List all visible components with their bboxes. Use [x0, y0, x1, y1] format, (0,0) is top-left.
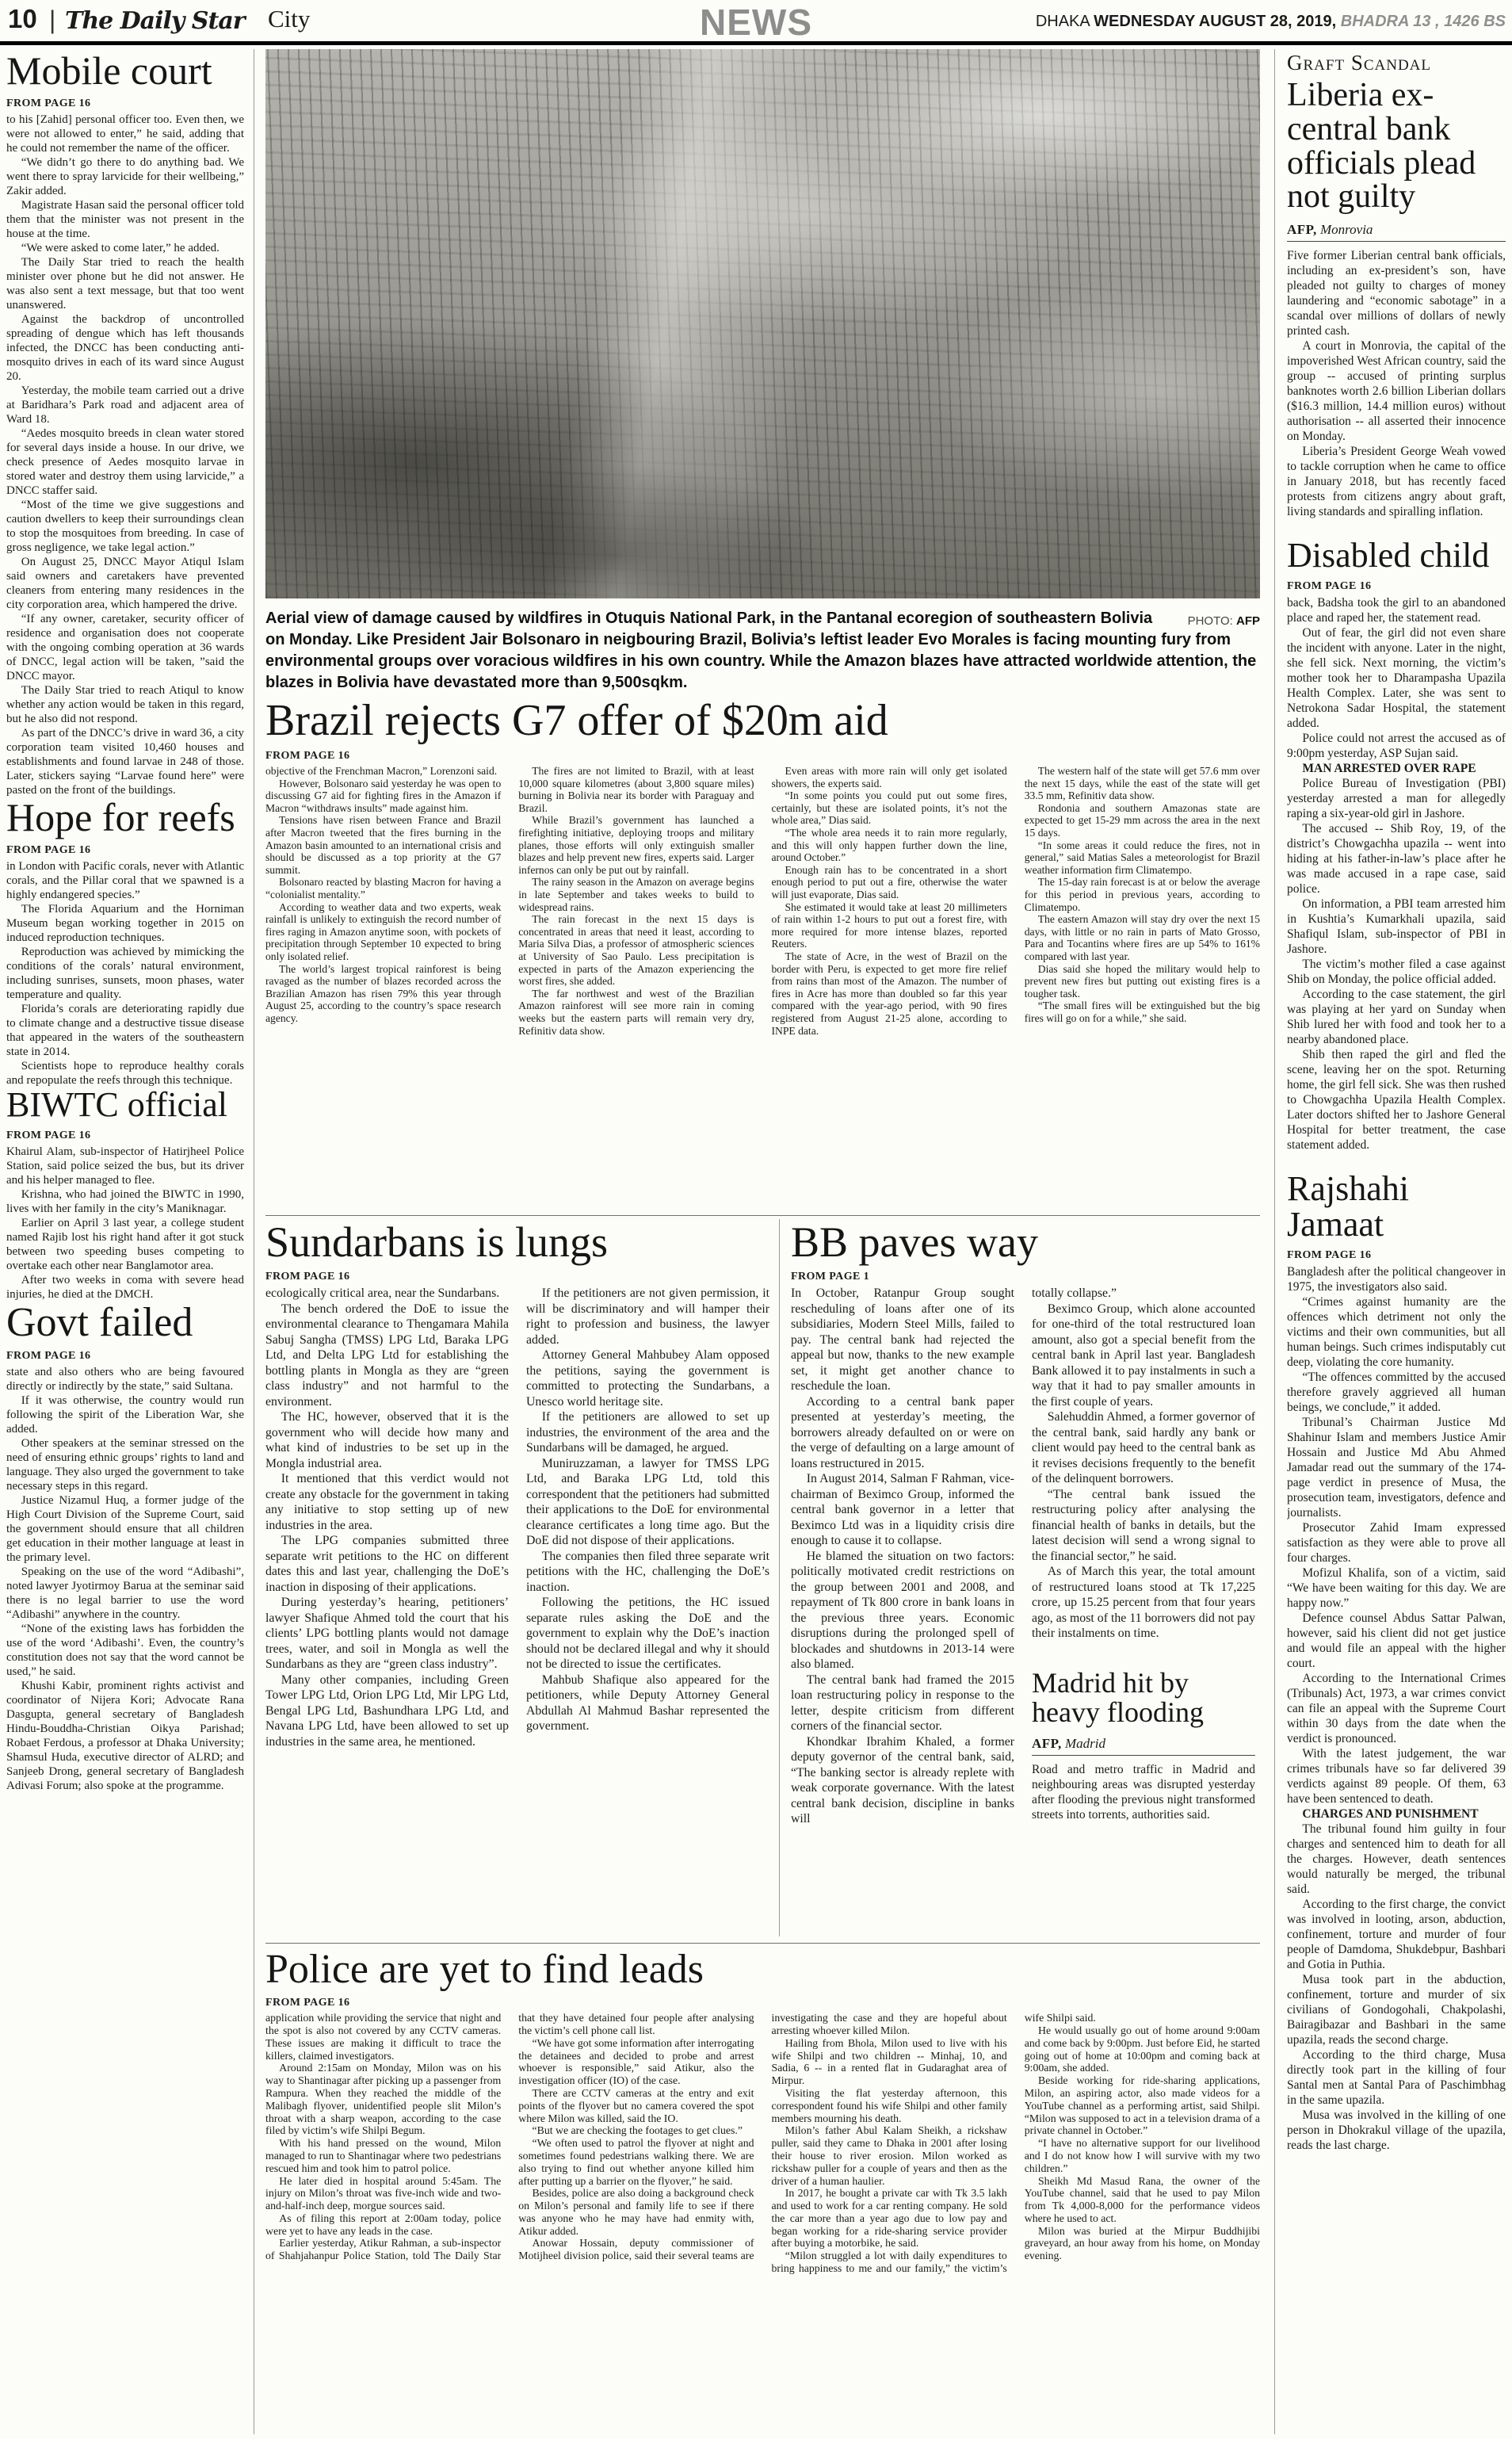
- article-headline: Liberia ex-central bank officials plead …: [1287, 78, 1506, 214]
- dateline: DHAKA WEDNESDAY AUGUST 28, 2019, BHADRA …: [1036, 13, 1506, 31]
- byline-rule: [1032, 1755, 1255, 1756]
- photo-caption-text: Aerial view of damage caused by wildfire…: [265, 610, 1256, 691]
- column-rule-right: [1274, 49, 1275, 2434]
- middle-row: Sundarbans is lungs FROM PAGE 16 ecologi…: [265, 1219, 1260, 1936]
- article-body: back, Badsha took the girl to an abandon…: [1287, 595, 1506, 1153]
- article-headline: Mobile court: [6, 51, 244, 91]
- continued-from-label: FROM PAGE 16: [265, 1271, 769, 1283]
- article-body: Bangladesh after the political changeove…: [1287, 1264, 1506, 2153]
- article-bb-paves-way: BB paves way FROM PAGE 1 In October, Rat…: [791, 1221, 1260, 1827]
- center-section: PHOTO: AFP Aerial view of damage caused …: [265, 49, 1260, 2435]
- article-biwtc-official: BIWTC official FROM PAGE 16 Khairul Alam…: [6, 1088, 244, 1302]
- article-body: in London with Pacific corals, never wit…: [6, 859, 244, 1088]
- byline-agency: AFP,: [1032, 1736, 1062, 1751]
- continued-from-label: FROM PAGE 16: [6, 1130, 244, 1142]
- article-body: state and also others who are being favo…: [6, 1365, 244, 1793]
- continued-from-label: FROM PAGE 16: [265, 1997, 1260, 2009]
- byline-agency: AFP,: [1287, 222, 1317, 237]
- page-header: 10 | The Daily Star City NEWS DHAKA WEDN…: [0, 0, 1512, 45]
- article-police-leads: Police are yet to find leads FROM PAGE 1…: [265, 1948, 1260, 2435]
- photo-caption: PHOTO: AFP Aerial view of damage caused …: [265, 608, 1260, 694]
- continued-from-label: FROM PAGE 16: [265, 750, 1260, 763]
- continued-from-label: FROM PAGE 16: [6, 97, 244, 110]
- dateline-date: WEDNESDAY AUGUST 28, 2019,: [1094, 13, 1336, 30]
- byline-place: Madrid: [1065, 1736, 1105, 1751]
- article-govt-failed: Govt failed FROM PAGE 16 state and also …: [6, 1302, 244, 1793]
- bb-columns: In October, Ratanpur Group sought resche…: [791, 1286, 1260, 1827]
- article-body: to his [Zahid] personal officer too. Eve…: [6, 113, 244, 797]
- section-divider: [265, 1943, 1260, 1944]
- continued-from-label: FROM PAGE 1: [791, 1271, 1260, 1283]
- continued-from-label: FROM PAGE 16: [6, 844, 244, 857]
- article-headline: Hope for reefs: [6, 797, 244, 838]
- right-column: Graft Scandal Liberia ex-central bank of…: [1287, 51, 1506, 2433]
- article-body-column-2: totally collapse.”Beximco Group, which a…: [1032, 1286, 1255, 1642]
- dateline-bangla-date: BHADRA 13 , 1426 BS: [1336, 13, 1506, 30]
- article-body: ecologically critical area, near the Sun…: [265, 1286, 769, 1925]
- article-body: Road and metro traffic in Madrid and nei…: [1032, 1762, 1255, 1822]
- dateline-city: DHAKA: [1036, 13, 1094, 30]
- bb-column-2-wrap: totally collapse.”Beximco Group, which a…: [1032, 1286, 1255, 1827]
- article-hope-for-reefs: Hope for reefs FROM PAGE 16 in London wi…: [6, 797, 244, 1088]
- article-disabled-child: Disabled child FROM PAGE 16 back, Badsha…: [1287, 538, 1506, 1153]
- article-headline: Rajshahi Jamaat: [1287, 1172, 1506, 1243]
- section-divider: [265, 1215, 1260, 1216]
- article-headline: BIWTC official: [6, 1088, 244, 1123]
- wildfire-aerial-photo: [265, 49, 1260, 598]
- left-column: Mobile court FROM PAGE 16 to his [Zahid]…: [6, 51, 244, 2433]
- middle-right-cell: BB paves way FROM PAGE 1 In October, Rat…: [780, 1219, 1260, 1936]
- article-headline: Brazil rejects G7 offer of $20m aid: [265, 698, 1260, 744]
- article-body: objective of the Frenchman Macron,” Lore…: [265, 765, 1260, 1209]
- continued-from-label: FROM PAGE 16: [1287, 1249, 1506, 1262]
- article-headline: Disabled child: [1287, 538, 1506, 574]
- article-sundarbans: Sundarbans is lungs FROM PAGE 16 ecologi…: [265, 1219, 780, 1936]
- byline-rule: [1287, 241, 1506, 242]
- byline-place: Monrovia: [1320, 222, 1373, 237]
- article-body: Khairul Alam, sub-inspector of Hatirjhee…: [6, 1145, 244, 1302]
- photo-credit: PHOTO: AFP: [1188, 608, 1260, 628]
- continued-from-label: FROM PAGE 16: [6, 1350, 244, 1363]
- article-body-column-1: In October, Ratanpur Group sought resche…: [791, 1286, 1014, 1827]
- continued-from-label: FROM PAGE 16: [1287, 580, 1506, 593]
- article-headline: Madrid hit by heavy flooding: [1032, 1669, 1255, 1729]
- article-headline: Sundarbans is lungs: [265, 1221, 769, 1264]
- article-mobile-court: Mobile court FROM PAGE 16 to his [Zahid]…: [6, 51, 244, 797]
- article-liberia-bank: Graft Scandal Liberia ex-central bank of…: [1287, 51, 1506, 519]
- article-body: Five former Liberian central bank offici…: [1287, 248, 1506, 519]
- newspaper-page: 10 | The Daily Star City NEWS DHAKA WEDN…: [0, 0, 1512, 2439]
- column-rule-left: [254, 49, 254, 2434]
- article-body: application while providing the service …: [265, 2012, 1260, 2435]
- article-brazil-g7: Brazil rejects G7 offer of $20m aid FROM…: [265, 698, 1260, 1209]
- article-headline: Govt failed: [6, 1302, 244, 1344]
- article-headline: BB paves way: [791, 1221, 1260, 1264]
- byline: AFP, Madrid: [1032, 1736, 1255, 1752]
- article-headline: Police are yet to find leads: [265, 1948, 1260, 1990]
- article-rajshahi-jamaat: Rajshahi Jamaat FROM PAGE 16 Bangladesh …: [1287, 1172, 1506, 2153]
- byline: AFP, Monrovia: [1287, 222, 1506, 238]
- kicker-label: Graft Scandal: [1287, 51, 1506, 75]
- article-madrid-flooding: Madrid hit by heavy flooding AFP, Madrid…: [1032, 1669, 1255, 1823]
